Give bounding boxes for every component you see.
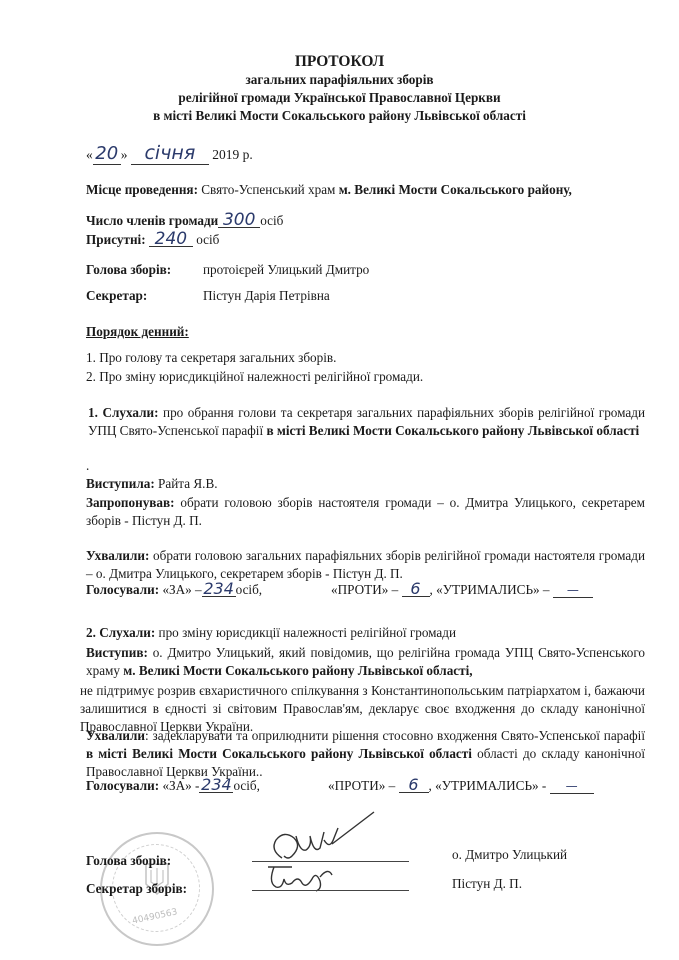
item2-vote-against: 6 bbox=[399, 778, 429, 793]
doc-subtitle-1: загальних парафіяльних зборів bbox=[0, 72, 679, 88]
meeting-place: Місце проведення: Свято-Успенський храм … bbox=[86, 182, 572, 198]
item2-vote-for: 234 bbox=[199, 778, 233, 793]
secretary-signature-line bbox=[252, 890, 409, 891]
agenda-heading: Порядок денний: bbox=[86, 324, 189, 340]
doc-subtitle-3: в місті Великі Мости Сокальського району… bbox=[0, 108, 679, 124]
item1-proposed: Запропонував: обрати головою зборів наст… bbox=[86, 494, 645, 530]
members-count-row: Число членів громади300осіб bbox=[86, 213, 283, 229]
signature-secretary-label: Секретар зборів: bbox=[86, 881, 187, 897]
signature-chair-label: Голова зборів: bbox=[86, 853, 171, 869]
present-count: 240 bbox=[149, 232, 193, 247]
secretary-value: Пістун Дарія Петрівна bbox=[203, 288, 330, 304]
item1-vote-against: 6 bbox=[402, 582, 430, 597]
item2-vote: Голосували: «ЗА» -234осіб, bbox=[86, 778, 260, 794]
signature-secretary-name: Пістун Д. П. bbox=[452, 876, 522, 892]
meeting-date: «20» січня 2019 р. bbox=[86, 142, 253, 165]
item1-vote: Голосували: «ЗА» –234осіб, bbox=[86, 582, 262, 598]
agenda-item-1: 1. Про голову та секретаря загальних збо… bbox=[86, 350, 336, 366]
item2-vote-abstain: — bbox=[550, 779, 594, 794]
doc-title: ПРОТОКОЛ bbox=[0, 53, 679, 71]
item2-spoke: Виступив: о. Дмитро Улицький, який повід… bbox=[86, 644, 645, 680]
item1-vote-abstain: — bbox=[553, 583, 593, 598]
chair-label: Голова зборів: bbox=[86, 262, 171, 278]
secretary-label: Секретар: bbox=[86, 288, 147, 304]
secretary-signature-icon bbox=[262, 863, 352, 893]
present-count-row: Присутні: 240 осіб bbox=[86, 232, 219, 248]
item2-heard: 2. Слухали: про зміну юрисдикції належно… bbox=[86, 625, 456, 641]
item1-decided: Ухвалили: обрати головою загальних параф… bbox=[86, 547, 645, 583]
date-year: 2019 р. bbox=[212, 147, 253, 162]
protocol-document: ПРОТОКОЛ загальних парафіяльних зборів р… bbox=[0, 0, 679, 960]
members-count: 300 bbox=[218, 213, 260, 228]
item2-vote-against-abstain: «ПРОТИ» – 6, «УТРИМАЛИСЬ» - — bbox=[328, 778, 594, 794]
item1-vote-for: 234 bbox=[202, 582, 236, 597]
item2-decided: Ухвалили: задекларувати та оприлюднити р… bbox=[86, 727, 645, 781]
doc-subtitle-2: релігійної громади Української Православ… bbox=[0, 90, 679, 106]
item1-heard: 1. Слухали: про обрання голови та секрет… bbox=[88, 404, 645, 440]
item1-spoke: Виступила: Райта Я.В. bbox=[86, 476, 218, 492]
chair-signature-line bbox=[252, 861, 409, 862]
item1-vote-against-abstain: «ПРОТИ» – 6, «УТРИМАЛИСЬ» – — bbox=[331, 582, 593, 598]
signature-chair-name: о. Дмитро Улицький bbox=[452, 847, 567, 863]
item1-dot: . bbox=[86, 458, 89, 474]
date-day: 20 bbox=[93, 143, 121, 165]
agenda-item-2: 2. Про зміну юрисдикційної належності ре… bbox=[86, 369, 423, 385]
chair-value: протоієрей Улицький Дмитро bbox=[203, 262, 369, 278]
date-month: січня bbox=[131, 142, 209, 165]
